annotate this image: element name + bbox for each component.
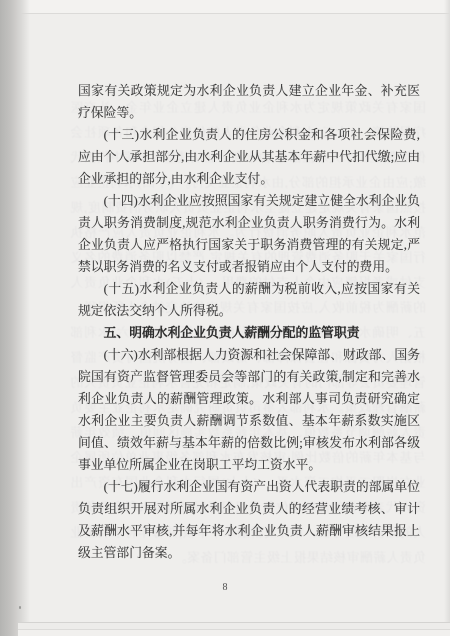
paragraph: (十五)水利企业负责人的薪酬为税前收入,应按国家有关规定依法交纳个人所得税。 xyxy=(78,278,420,322)
stacked-sheet-strip xyxy=(18,630,450,636)
paragraph: (十七)履行水利企业国有资产出资人代表职责的部属单位负责组织开展对所属水利企业负… xyxy=(78,476,420,564)
page-top-edge-line xyxy=(18,13,450,14)
scan-right-shade xyxy=(444,0,450,636)
section-heading: 五、明确水利企业负责人薪酬分配的监管职责 xyxy=(78,322,420,344)
page-top-strip xyxy=(18,0,450,13)
paragraph: (十四)水利企业应按照国家有关规定建立健全水利企业负责人职务消费制度,规范水利企… xyxy=(78,190,420,278)
scanned-page: 国家有关政策规定为水利企业负责人建立企业年金、补充医疗保险等。 (十三)水利企业… xyxy=(0,0,450,636)
page-number: 8 xyxy=(0,582,450,593)
paragraph: (十六)水利部根据人力资源和社会保障部、财政部、国务院国有资产监督管理委员会等部… xyxy=(78,344,420,476)
paragraph: 国家有关政策规定为水利企业负责人建立企业年金、补充医疗保险等。 xyxy=(78,80,420,124)
scan-dust-speck xyxy=(19,606,21,609)
document-body: 国家有关政策规定为水利企业负责人建立企业年金、补充医疗保险等。(十三)水利企业负… xyxy=(78,80,420,564)
scan-gutter-shadow xyxy=(0,0,30,636)
paragraph: (十三)水利企业负责人的住房公积金和各项社会保险费,应由个人承担部分,由水利企业… xyxy=(78,124,420,190)
